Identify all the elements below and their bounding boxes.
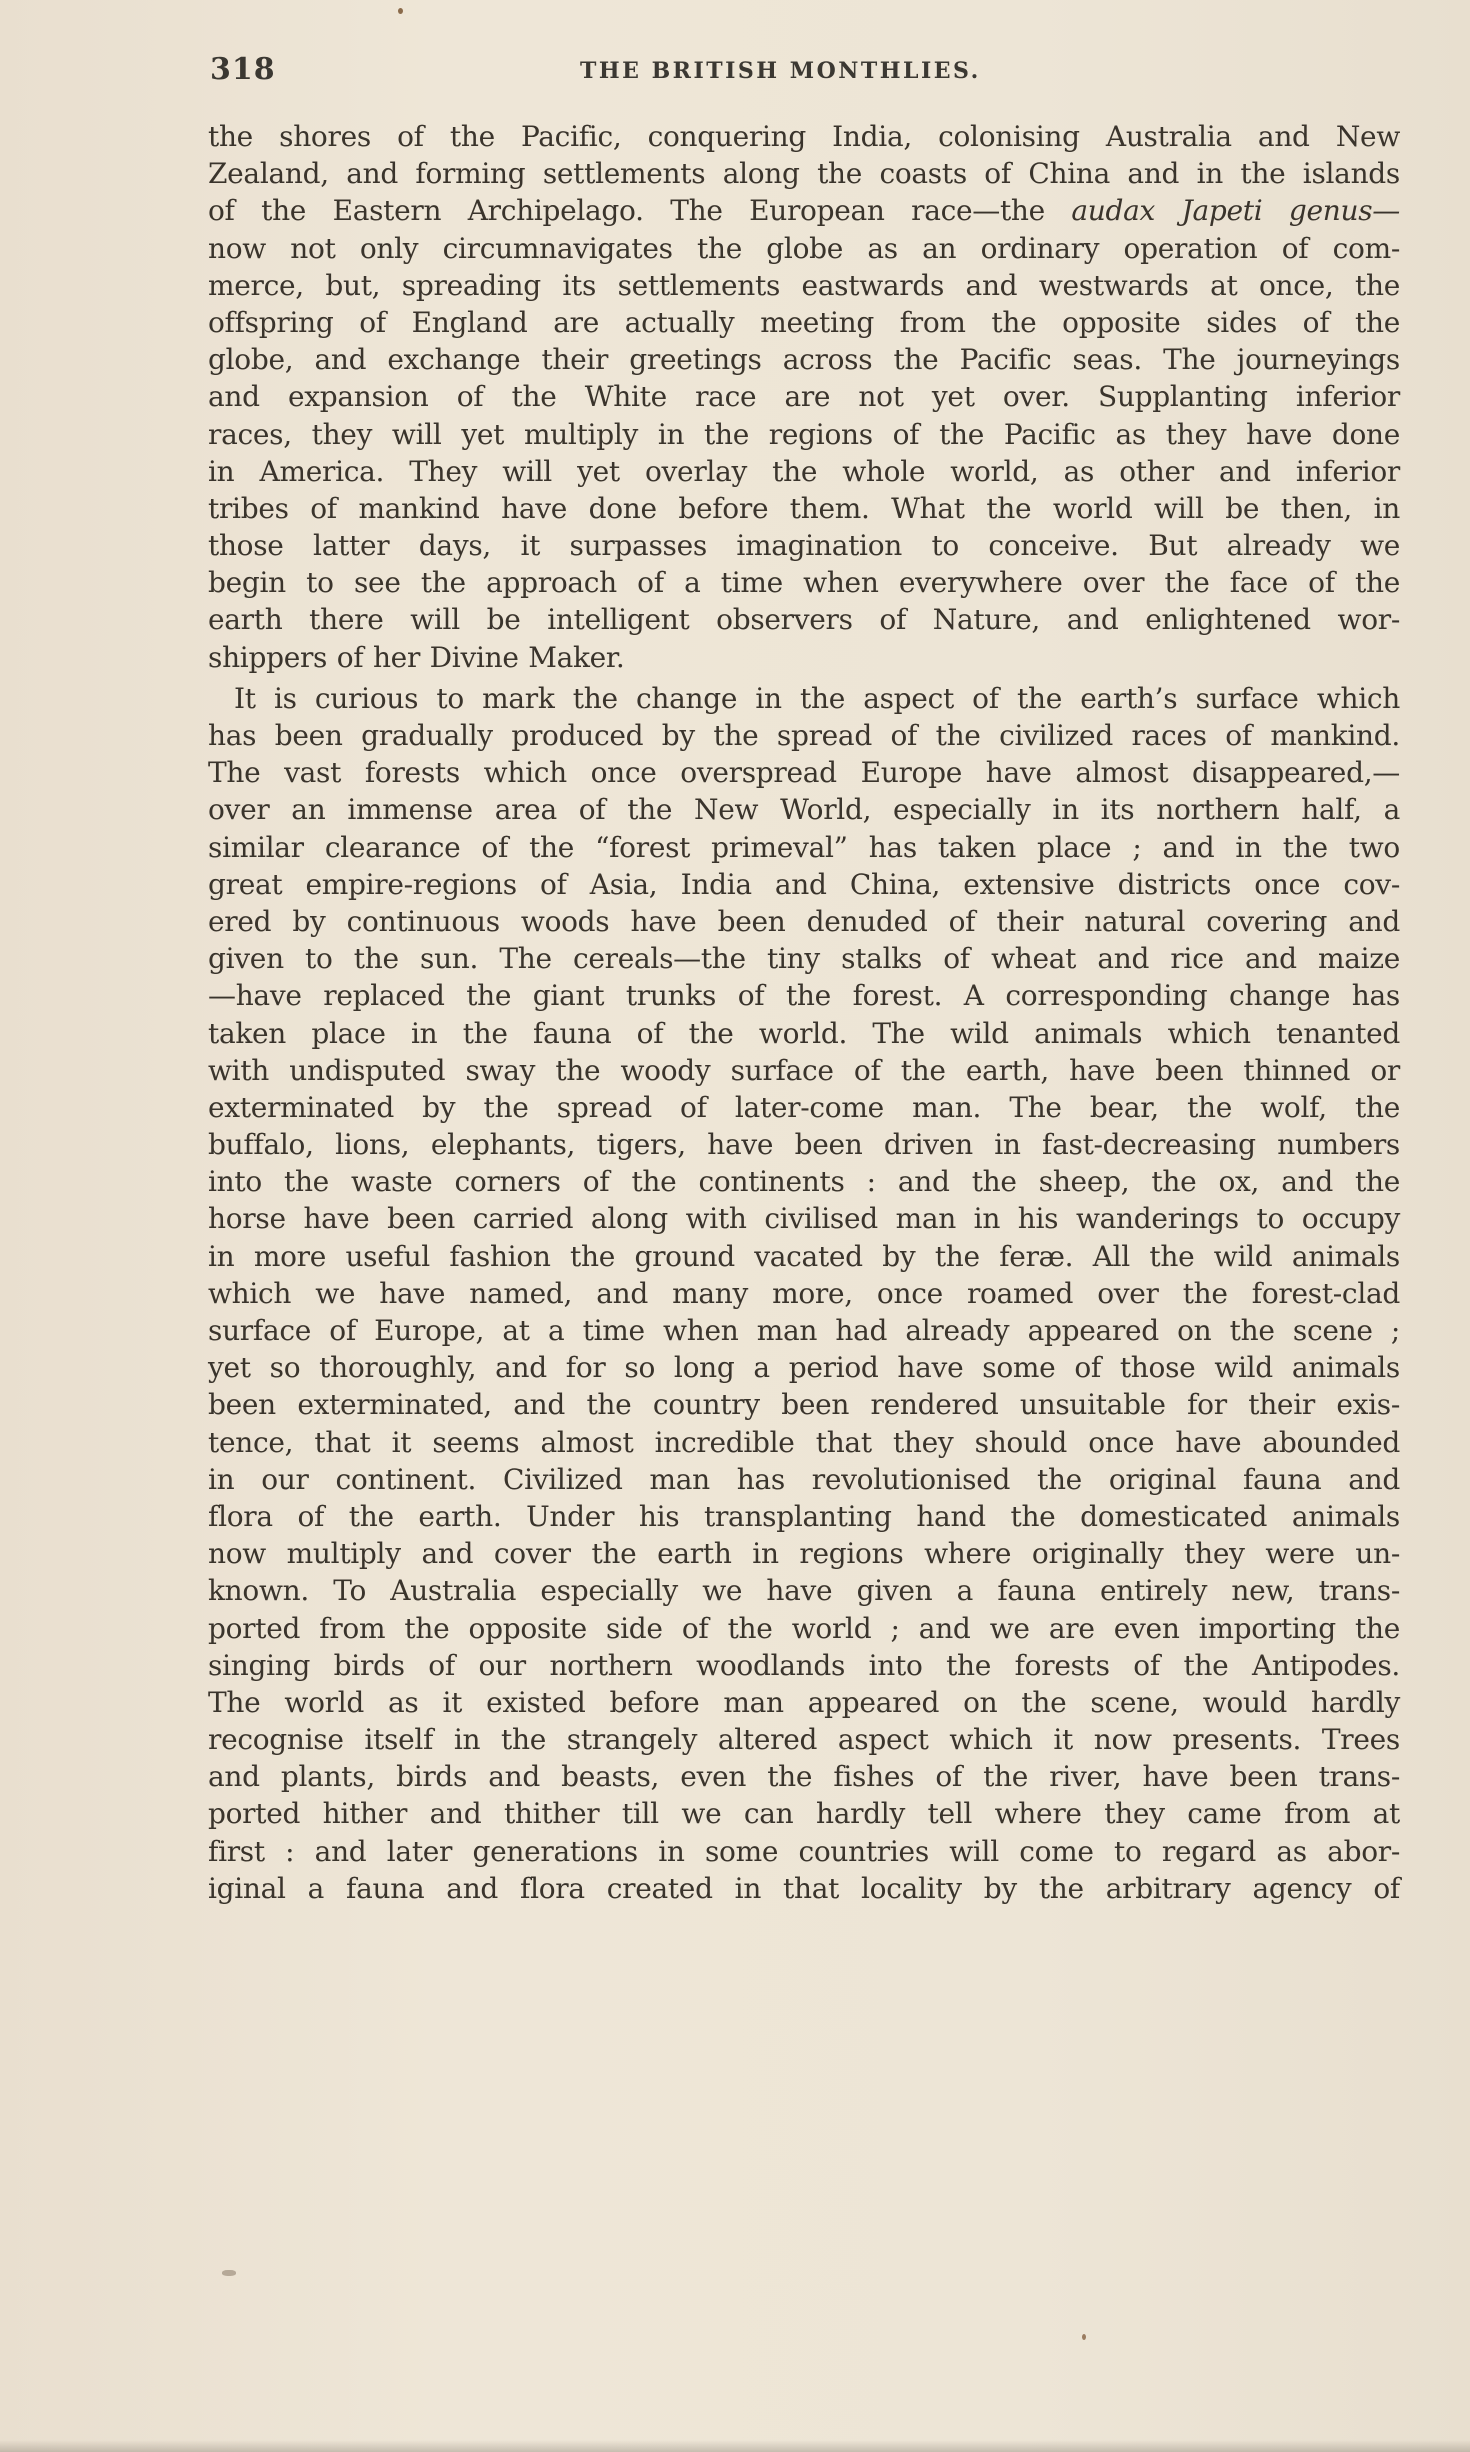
text-line: similar clearance of the “forest primeva…: [208, 829, 1400, 866]
text-line: given to the sun. The cereals—the tiny s…: [208, 940, 1400, 977]
journal-title: THE BRITISH MONTHLIES.: [580, 58, 981, 84]
text-line: It is curious to mark the change in the …: [208, 680, 1400, 717]
text-line: the shores of the Pacific, conquering In…: [208, 118, 1400, 155]
text-line: singing birds of our northern woodlands …: [208, 1647, 1400, 1684]
text-line: flora of the earth. Under his transplant…: [208, 1498, 1400, 1535]
text-line: offspring of England are actually meetin…: [208, 304, 1400, 341]
text-line: great empire-regions of Asia, India and …: [208, 866, 1400, 903]
text-line: tence, that it seems almost incredible t…: [208, 1424, 1400, 1461]
text-line: those latter days, it surpasses imaginat…: [208, 527, 1400, 564]
text-line: —have replaced the giant trunks of the f…: [208, 977, 1400, 1014]
body-text: the shores of the Pacific, conquering In…: [208, 118, 1400, 1907]
paper-speck: [398, 8, 403, 14]
book-page: 318 THE BRITISH MONTHLIES. the shores of…: [0, 0, 1470, 2452]
paper-speck: [222, 2270, 236, 2276]
text-line: in more useful fashion the ground vacate…: [208, 1238, 1400, 1275]
text-line: horse have been carried along with civil…: [208, 1200, 1400, 1237]
text-line: taken place in the fauna of the world. T…: [208, 1015, 1400, 1052]
text-line: iginal a fauna and flora created in that…: [208, 1870, 1400, 1907]
text-line: with undisputed sway the woody surface o…: [208, 1052, 1400, 1089]
text-line: now not only circumnavigates the globe a…: [208, 230, 1400, 267]
text-line: of the Eastern Archipelago. The European…: [208, 192, 1400, 229]
page-number: 318: [210, 52, 276, 87]
text-line: earth there will be intelligent observer…: [208, 601, 1400, 638]
text-line: yet so thoroughly, and for so long a per…: [208, 1349, 1400, 1386]
text-line: now multiply and cover the earth in regi…: [208, 1535, 1400, 1572]
text-line: tribes of mankind have done before them.…: [208, 490, 1400, 527]
text-line: into the waste corners of the continents…: [208, 1163, 1400, 1200]
text-line: in America. They will yet overlay the wh…: [208, 453, 1400, 490]
paper-speck: [1082, 2334, 1086, 2340]
text-line: been exterminated, and the country been …: [208, 1386, 1400, 1423]
text-line: in our continent. Civilized man has revo…: [208, 1461, 1400, 1498]
text-line: recognise itself in the strangely altere…: [208, 1721, 1400, 1758]
latin-phrase: audax Japeti genus—: [1071, 194, 1400, 227]
paragraph-1: the shores of the Pacific, conquering In…: [208, 118, 1400, 676]
page-edge-shadow: [0, 2440, 1470, 2452]
text-line: Zealand, and forming settlements along t…: [208, 155, 1400, 192]
text-line: has been gradually produced by the sprea…: [208, 717, 1400, 754]
text-line: first : and later generations in some co…: [208, 1833, 1400, 1870]
text-line: globe, and exchange their greetings acro…: [208, 341, 1400, 378]
paragraph-2: It is curious to mark the change in the …: [208, 680, 1400, 1907]
text-line: ported from the opposite side of the wor…: [208, 1610, 1400, 1647]
text-line: races, they will yet multiply in the reg…: [208, 416, 1400, 453]
text-line: over an immense area of the New World, e…: [208, 791, 1400, 828]
text-line: The vast forests which once overspread E…: [208, 754, 1400, 791]
text-line: shippers of her Divine Maker.: [208, 639, 1400, 676]
text-line: and plants, birds and beasts, even the f…: [208, 1758, 1400, 1795]
text-line: merce, but, spreading its settlements ea…: [208, 267, 1400, 304]
text-line: buffalo, lions, elephants, tigers, have …: [208, 1126, 1400, 1163]
text-line: ered by continuous woods have been denud…: [208, 903, 1400, 940]
text-line: and expansion of the White race are not …: [208, 378, 1400, 415]
text-line: begin to see the approach of a time when…: [208, 564, 1400, 601]
text-fragment: of the Eastern Archipelago. The European…: [208, 194, 1071, 227]
text-line: which we have named, and many more, once…: [208, 1275, 1400, 1312]
text-line: exterminated by the spread of later-come…: [208, 1089, 1400, 1126]
text-line: ported hither and thither till we can ha…: [208, 1795, 1400, 1832]
text-line: The world as it existed before man appea…: [208, 1684, 1400, 1721]
running-head: 318 THE BRITISH MONTHLIES.: [210, 52, 1400, 92]
text-line: surface of Europe, at a time when man ha…: [208, 1312, 1400, 1349]
text-line: known. To Australia especially we have g…: [208, 1572, 1400, 1609]
